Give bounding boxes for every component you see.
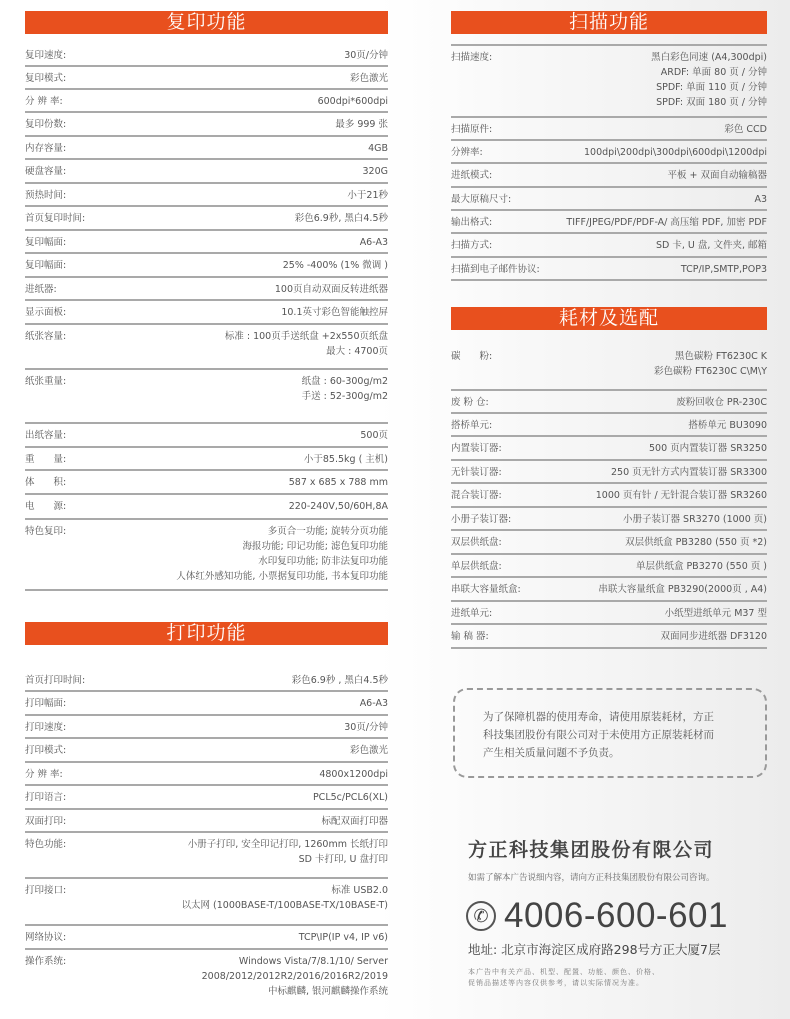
spec-value-line: 平板 + 双面自动输稿器 bbox=[668, 168, 768, 183]
spec-value: 彩色 CCD bbox=[724, 122, 767, 137]
spec-value-line: 多页合一功能; 旋转分页功能 bbox=[176, 524, 388, 539]
spec-value-line: 320G bbox=[363, 164, 389, 179]
spec-value: 黑色碳粉 FT6230C K彩色碳粉 FT6230C C\M\Y bbox=[654, 349, 767, 379]
spec-row: 分 辨 率:4800x1200dpi bbox=[25, 763, 388, 786]
spec-value-line: 100dpi\200dpi\300dpi\600dpi\1200dpi bbox=[584, 145, 767, 160]
spec-row: 纸张重量:纸盘 : 60-300g/m2手送 : 52-300g/m2 bbox=[25, 370, 388, 424]
spec-value: 单层供纸盒 PB3270 (550 页 ) bbox=[636, 559, 767, 574]
spec-row: 扫描到电子邮件协议:TCP/IP,SMTP,POP3 bbox=[451, 258, 767, 281]
spec-value: 平板 + 双面自动输稿器 bbox=[668, 168, 768, 183]
spec-value: SD 卡, U 盘, 文件夹, 邮箱 bbox=[656, 238, 767, 253]
spec-value-line: 30页/分钟 bbox=[344, 48, 388, 63]
hotline: ✆ 4006-600-601 bbox=[466, 896, 728, 936]
spec-value: 搭桥单元 BU3090 bbox=[688, 418, 767, 433]
spec-row: 首页打印时间:彩色6.9秒 , 黑白4.5秒 bbox=[25, 669, 388, 692]
spec-value-line: 1000 页有针 / 无针混合装订器 SR3260 bbox=[596, 488, 767, 503]
spec-value: 小于85.5kg ( 主机) bbox=[304, 452, 388, 467]
spec-row: 废 粉 仓:废粉回收仓 PR-230C bbox=[451, 391, 767, 414]
spec-label: 特色复印: bbox=[25, 524, 66, 539]
spec-value: 587 x 685 x 788 mm bbox=[289, 475, 388, 490]
spec-label: 搭桥单元: bbox=[451, 418, 492, 433]
spec-label: 首页复印时间: bbox=[25, 211, 85, 226]
spec-value-line: SD 卡, U 盘, 文件夹, 邮箱 bbox=[656, 238, 767, 253]
company-subtitle: 如需了解本广告说细内容，请向方正科技集团股份有限公司咨询。 bbox=[468, 871, 715, 883]
spec-row: 复印幅面:A6-A3 bbox=[25, 231, 388, 254]
spec-value-line: 10.1英寸彩色智能触控屏 bbox=[281, 305, 388, 320]
spec-label: 显示面板: bbox=[25, 305, 66, 320]
print-spec-list: 首页打印时间:彩色6.9秒 , 黑白4.5秒打印幅面:A6-A3打印速度:30页… bbox=[25, 669, 388, 1000]
spec-value-line: PCL5c/PCL6(XL) bbox=[313, 790, 388, 805]
spec-value-line: TIFF/JPEG/PDF/PDF-A/ 高压缩 PDF, 加密 PDF bbox=[566, 215, 767, 230]
spec-row: 出纸容量:500页 bbox=[25, 424, 388, 448]
spec-value-line: SPDF: 双面 180 页 / 分钟 bbox=[651, 95, 767, 110]
consumables-section: 耗材及选配 碳 粉:黑色碳粉 FT6230C K彩色碳粉 FT6230C C\M… bbox=[451, 307, 767, 649]
spec-row: 硬盘容量:320G bbox=[25, 160, 388, 184]
spec-label: 输 稿 器: bbox=[451, 629, 489, 644]
notice-line: 科技集团股份有限公司对于未使用方正原装耗材而 bbox=[483, 726, 745, 744]
spec-value: 220-240V,50/60H,8A bbox=[289, 499, 388, 514]
spec-label: 体 积: bbox=[25, 475, 66, 490]
spec-label: 分辨率: bbox=[451, 145, 483, 160]
spec-label: 混合装订器: bbox=[451, 488, 502, 503]
scan-section: 扫描功能 扫描速度:黑白彩色同速 (A4,300dpi)ARDF: 单面 80 … bbox=[451, 11, 767, 281]
spec-label: 网络协议: bbox=[25, 930, 66, 945]
spec-label: 打印幅面: bbox=[25, 696, 66, 711]
spec-value-line: 搭桥单元 BU3090 bbox=[688, 418, 767, 433]
spec-label: 打印模式: bbox=[25, 743, 66, 758]
spec-label: 扫描方式: bbox=[451, 238, 492, 253]
scan-spec-list: 扫描速度:黑白彩色同速 (A4,300dpi)ARDF: 单面 80 页 / 分… bbox=[451, 44, 767, 281]
spec-label: 重 量: bbox=[25, 452, 66, 467]
spec-value: 4800x1200dpi bbox=[319, 767, 388, 782]
spec-label: 操作系统: bbox=[25, 954, 66, 969]
phone-icon: ✆ bbox=[466, 901, 496, 931]
spec-row: 进纸模式:平板 + 双面自动输稿器 bbox=[451, 164, 767, 188]
spec-value: 250 页无针方式内置装订器 SR3300 bbox=[611, 465, 767, 480]
spec-row: 特色复印:多页合一功能; 旋转分页功能海报功能; 印记功能; 滤色复印功能水印复… bbox=[25, 520, 388, 591]
spec-label: 碳 粉: bbox=[451, 349, 492, 364]
spec-value-line: A3 bbox=[754, 192, 767, 207]
spec-value: 小册子打印, 安全印记打印, 1260mm 长纸打印SD 卡打印, U 盘打印 bbox=[188, 837, 388, 867]
consumables-spec-list: 碳 粉:黑色碳粉 FT6230C K彩色碳粉 FT6230C C\M\Y废 粉 … bbox=[451, 345, 767, 649]
spec-row: 打印幅面:A6-A3 bbox=[25, 692, 388, 716]
spec-label: 串联大容量纸盒: bbox=[451, 582, 521, 597]
spec-row: 复印模式:彩色激光 bbox=[25, 67, 388, 90]
spec-value: 1000 页有针 / 无针混合装订器 SR3260 bbox=[596, 488, 767, 503]
spec-row: 扫描原件:彩色 CCD bbox=[451, 118, 767, 141]
spec-value: Windows Vista/7/8.1/10/ Server2008/2012/… bbox=[202, 954, 388, 999]
spec-value-line: 以太网 (1000BASE-T/100BASE-TX/10BASE-T) bbox=[182, 898, 388, 913]
spec-value-line: 人体红外感知功能, 小票据复印功能, 书本复印功能 bbox=[176, 569, 388, 584]
spec-value-line: 标配双面打印器 bbox=[321, 814, 388, 829]
spec-label: 双面打印: bbox=[25, 814, 66, 829]
spec-value: 彩色激光 bbox=[350, 743, 388, 758]
spec-row: 内存容量:4GB bbox=[25, 137, 388, 160]
spec-value: 纸盘 : 60-300g/m2手送 : 52-300g/m2 bbox=[302, 374, 388, 404]
phone-number: 4006-600-601 bbox=[504, 896, 728, 936]
disclaimer-line: 促销品描述等内容仅供参考，请以实际情况为准。 bbox=[468, 978, 660, 989]
notice-line: 为了保障机器的使用寿命，请使用原装耗材，方正 bbox=[483, 708, 745, 726]
spec-value-line: 彩色6.9秒 , 黑白4.5秒 bbox=[292, 673, 388, 688]
spec-row: 操作系统:Windows Vista/7/8.1/10/ Server2008/… bbox=[25, 950, 388, 1000]
spec-value-line: TCP\IP(IP v4, IP v6) bbox=[299, 930, 388, 945]
notice-line: 产生相关质量问题不予负责。 bbox=[483, 744, 745, 762]
spec-label: 扫描原件: bbox=[451, 122, 492, 137]
spec-value-line: 彩色6.9秒, 黑白4.5秒 bbox=[295, 211, 388, 226]
print-section: 打印功能 首页打印时间:彩色6.9秒 , 黑白4.5秒打印幅面:A6-A3打印速… bbox=[25, 622, 388, 1000]
spec-label: 扫描速度: bbox=[451, 50, 492, 65]
spec-value: 多页合一功能; 旋转分页功能海报功能; 印记功能; 滤色复印功能水印复印功能; … bbox=[176, 524, 388, 584]
spec-value: 4GB bbox=[368, 141, 388, 156]
spec-label: 复印份数: bbox=[25, 117, 66, 132]
spec-value-line: 彩色 CCD bbox=[724, 122, 767, 137]
spec-value: 10.1英寸彩色智能触控屏 bbox=[281, 305, 388, 320]
spec-row: 扫描速度:黑白彩色同速 (A4,300dpi)ARDF: 单面 80 页 / 分… bbox=[451, 46, 767, 118]
spec-row: 分辨率:100dpi\200dpi\300dpi\600dpi\1200dpi bbox=[451, 141, 767, 164]
spec-row: 进纸器:100页自动双面反转进纸器 bbox=[25, 278, 388, 301]
spec-value: A6-A3 bbox=[360, 235, 388, 250]
spec-row: 复印份数:最多 999 张 bbox=[25, 113, 388, 137]
spec-row: 串联大容量纸盒:串联大容量纸盒 PB3290(2000页 , A4) bbox=[451, 578, 767, 602]
spec-label: 复印速度: bbox=[25, 48, 66, 63]
spec-value: 废粉回收仓 PR-230C bbox=[676, 395, 767, 410]
disclaimer-line: 本广告中有关产品、机型、配置、功能、颜色、价格、 bbox=[468, 967, 660, 978]
spec-value-line: Windows Vista/7/8.1/10/ Server bbox=[202, 954, 388, 969]
spec-row: 输出格式:TIFF/JPEG/PDF/PDF-A/ 高压缩 PDF, 加密 PD… bbox=[451, 211, 767, 234]
spec-row: 电 源:220-240V,50/60H,8A bbox=[25, 495, 388, 520]
spec-value: 双层供纸盒 PB3280 (550 页 *2) bbox=[625, 535, 767, 550]
spec-row: 重 量:小于85.5kg ( 主机) bbox=[25, 448, 388, 471]
spec-value-line: 最多 999 张 bbox=[335, 117, 388, 132]
spec-value: 500页 bbox=[360, 428, 388, 443]
spec-value: A6-A3 bbox=[360, 696, 388, 711]
spec-row: 混合装订器:1000 页有针 / 无针混合装订器 SR3260 bbox=[451, 484, 767, 508]
spec-value: 600dpi*600dpi bbox=[318, 94, 388, 109]
spec-value-line: 2008/2012/2012R2/2016/2016R2/2019 bbox=[202, 969, 388, 984]
spec-value-line: 500页 bbox=[360, 428, 388, 443]
spec-label: 预热时间: bbox=[25, 188, 66, 203]
spec-value-line: A6-A3 bbox=[360, 696, 388, 711]
spec-row: 打印语言:PCL5c/PCL6(XL) bbox=[25, 786, 388, 810]
spec-label: 打印语言: bbox=[25, 790, 66, 805]
spec-row: 特色功能:小册子打印, 安全印记打印, 1260mm 长纸打印SD 卡打印, U… bbox=[25, 833, 388, 879]
spec-label: 打印接口: bbox=[25, 883, 66, 898]
spec-row: 双面打印:标配双面打印器 bbox=[25, 810, 388, 833]
spec-value-line: 双层供纸盒 PB3280 (550 页 *2) bbox=[625, 535, 767, 550]
spec-label: 进纸单元: bbox=[451, 606, 492, 621]
spec-label: 复印模式: bbox=[25, 71, 66, 86]
spec-row: 预热时间:小于21秒 bbox=[25, 184, 388, 207]
spec-label: 进纸器: bbox=[25, 282, 57, 297]
spec-row: 小册子装订器:小册子装订器 SR3270 (1000 页) bbox=[451, 508, 767, 531]
spec-value: 100dpi\200dpi\300dpi\600dpi\1200dpi bbox=[584, 145, 767, 160]
spec-value: 30页/分钟 bbox=[344, 48, 388, 63]
spec-label: 输出格式: bbox=[451, 215, 492, 230]
spec-row: 单层供纸盘:单层供纸盒 PB3270 (550 页 ) bbox=[451, 555, 767, 578]
spec-value: 标配双面打印器 bbox=[321, 814, 388, 829]
spec-value-line: 600dpi*600dpi bbox=[318, 94, 388, 109]
spec-value-line: 海报功能; 印记功能; 滤色复印功能 bbox=[176, 539, 388, 554]
spec-value-line: 30页/分钟 bbox=[344, 720, 388, 735]
spec-label: 分 辨 率: bbox=[25, 767, 63, 782]
spec-value-line: 小纸型进纸单元 M37 型 bbox=[665, 606, 767, 621]
spec-value: 最多 999 张 bbox=[335, 117, 388, 132]
spec-value-line: 小于85.5kg ( 主机) bbox=[304, 452, 388, 467]
spec-row: 输 稿 器:双面同步进纸器 DF3120 bbox=[451, 625, 767, 649]
spec-value-line: 小册子打印, 安全印记打印, 1260mm 长纸打印 bbox=[188, 837, 388, 852]
spec-row: 搭桥单元:搭桥单元 BU3090 bbox=[451, 414, 767, 437]
spec-value: 彩色激光 bbox=[350, 71, 388, 86]
spec-value-line: 黑色碳粉 FT6230C K bbox=[654, 349, 767, 364]
spec-value-line: 手送 : 52-300g/m2 bbox=[302, 389, 388, 404]
spec-value-line: 双面同步进纸器 DF3120 bbox=[661, 629, 767, 644]
spec-row: 进纸单元:小纸型进纸单元 M37 型 bbox=[451, 602, 767, 625]
spec-value-line: 220-240V,50/60H,8A bbox=[289, 499, 388, 514]
spec-label: 最大原稿尺寸: bbox=[451, 192, 511, 207]
spec-value: 25% -400% (1% 微调 ) bbox=[283, 258, 388, 273]
spec-row: 打印接口:标准 USB2.0以太网 (1000BASE-T/100BASE-TX… bbox=[25, 879, 388, 926]
spec-value-line: 黑白彩色同速 (A4,300dpi) bbox=[651, 50, 767, 65]
spec-value: 小于21秒 bbox=[347, 188, 388, 203]
consumables-section-title: 耗材及选配 bbox=[451, 307, 767, 330]
spec-row: 扫描方式:SD 卡, U 盘, 文件夹, 邮箱 bbox=[451, 234, 767, 258]
print-section-title: 打印功能 bbox=[25, 622, 388, 645]
spec-row: 无针装订器:250 页无针方式内置装订器 SR3300 bbox=[451, 461, 767, 484]
spec-value: 彩色6.9秒 , 黑白4.5秒 bbox=[292, 673, 388, 688]
spec-value-line: 彩色碳粉 FT6230C C\M\Y bbox=[654, 364, 767, 379]
spec-value: 串联大容量纸盒 PB3290(2000页 , A4) bbox=[598, 582, 767, 597]
spec-value-line: 250 页无针方式内置装订器 SR3300 bbox=[611, 465, 767, 480]
disclaimer: 本广告中有关产品、机型、配置、功能、颜色、价格、 促销品描述等内容仅供参考，请以… bbox=[468, 967, 660, 989]
spec-value: 500 页内置装订器 SR3250 bbox=[649, 441, 767, 456]
spec-row: 复印速度:30页/分钟 bbox=[25, 44, 388, 67]
spec-value-line: TCP/IP,SMTP,POP3 bbox=[681, 262, 767, 277]
spec-value: 标准 : 100页手送纸盘 +2x550页纸盘最大 : 4700页 bbox=[225, 329, 388, 359]
spec-label: 硬盘容量: bbox=[25, 164, 66, 179]
address: 地址: 北京市海淀区成府路298号方正大厦7层 bbox=[468, 940, 721, 958]
spec-value: TCP/IP,SMTP,POP3 bbox=[681, 262, 767, 277]
spec-value: 黑白彩色同速 (A4,300dpi)ARDF: 单面 80 页 / 分钟SPDF… bbox=[651, 50, 767, 110]
spec-value: A3 bbox=[754, 192, 767, 207]
spec-label: 小册子装订器: bbox=[451, 512, 511, 527]
spec-value: 320G bbox=[363, 164, 389, 179]
spec-label: 纸张重量: bbox=[25, 374, 66, 389]
spec-row: 显示面板:10.1英寸彩色智能触控屏 bbox=[25, 301, 388, 325]
spec-row: 碳 粉:黑色碳粉 FT6230C K彩色碳粉 FT6230C C\M\Y bbox=[451, 345, 767, 391]
spec-label: 出纸容量: bbox=[25, 428, 66, 443]
scan-section-title: 扫描功能 bbox=[451, 11, 767, 34]
spec-label: 进纸模式: bbox=[451, 168, 492, 183]
spec-value: 标准 USB2.0以太网 (1000BASE-T/100BASE-TX/10BA… bbox=[182, 883, 388, 913]
copy-spec-list: 复印速度:30页/分钟复印模式:彩色激光分 辨 率:600dpi*600dpi复… bbox=[25, 44, 388, 591]
spec-label: 分 辨 率: bbox=[25, 94, 63, 109]
spec-value: 彩色6.9秒, 黑白4.5秒 bbox=[295, 211, 388, 226]
spec-value-line: 最大 : 4700页 bbox=[225, 344, 388, 359]
spec-value-line: 4GB bbox=[368, 141, 388, 156]
spec-label: 首页打印时间: bbox=[25, 673, 85, 688]
spec-label: 废 粉 仓: bbox=[451, 395, 489, 410]
spec-value-line: 100页自动双面反转进纸器 bbox=[275, 282, 388, 297]
spec-row: 打印速度:30页/分钟 bbox=[25, 716, 388, 739]
spec-value: 小册子装订器 SR3270 (1000 页) bbox=[623, 512, 767, 527]
spec-label: 复印幅面: bbox=[25, 235, 66, 250]
original-consumables-notice: 为了保障机器的使用寿命，请使用原装耗材，方正 科技集团股份有限公司对于未使用方正… bbox=[453, 688, 767, 778]
spec-label: 双层供纸盘: bbox=[451, 535, 502, 550]
spec-value-line: 500 页内置装订器 SR3250 bbox=[649, 441, 767, 456]
spec-row: 体 积:587 x 685 x 788 mm bbox=[25, 471, 388, 495]
spec-value-line: 废粉回收仓 PR-230C bbox=[676, 395, 767, 410]
spec-label: 扫描到电子邮件协议: bbox=[451, 262, 540, 277]
spec-label: 电 源: bbox=[25, 499, 66, 514]
spec-value-line: SPDF: 单面 110 页 / 分钟 bbox=[651, 80, 767, 95]
spec-row: 双层供纸盘:双层供纸盒 PB3280 (550 页 *2) bbox=[451, 531, 767, 555]
spec-label: 复印幅面: bbox=[25, 258, 66, 273]
spec-label: 内置装订器: bbox=[451, 441, 502, 456]
spec-value-line: SD 卡打印, U 盘打印 bbox=[188, 852, 388, 867]
spec-value: PCL5c/PCL6(XL) bbox=[313, 790, 388, 805]
spec-value: TCP\IP(IP v4, IP v6) bbox=[299, 930, 388, 945]
spec-row: 分 辨 率:600dpi*600dpi bbox=[25, 90, 388, 113]
spec-value-line: 小册子装订器 SR3270 (1000 页) bbox=[623, 512, 767, 527]
spec-value-line: 25% -400% (1% 微调 ) bbox=[283, 258, 388, 273]
spec-value-line: 小于21秒 bbox=[347, 188, 388, 203]
spec-row: 打印模式:彩色激光 bbox=[25, 739, 388, 763]
spec-row: 复印幅面:25% -400% (1% 微调 ) bbox=[25, 254, 388, 278]
spec-value-line: 4800x1200dpi bbox=[319, 767, 388, 782]
copy-section-title: 复印功能 bbox=[25, 11, 388, 34]
company-name: 方正科技集团股份有限公司 bbox=[468, 835, 714, 862]
spec-value-line: 标准 USB2.0 bbox=[182, 883, 388, 898]
spec-label: 单层供纸盘: bbox=[451, 559, 502, 574]
spec-value-line: ARDF: 单面 80 页 / 分钟 bbox=[651, 65, 767, 80]
spec-label: 纸张容量: bbox=[25, 329, 66, 344]
spec-value: 30页/分钟 bbox=[344, 720, 388, 735]
spec-row: 最大原稿尺寸:A3 bbox=[451, 188, 767, 211]
spec-value-line: 水印复印功能; 防非法复印功能 bbox=[176, 554, 388, 569]
spec-value-line: A6-A3 bbox=[360, 235, 388, 250]
spec-value-line: 彩色激光 bbox=[350, 71, 388, 86]
spec-label: 打印速度: bbox=[25, 720, 66, 735]
spec-value-line: 串联大容量纸盒 PB3290(2000页 , A4) bbox=[598, 582, 767, 597]
spec-label: 内存容量: bbox=[25, 141, 66, 156]
spec-value-line: 587 x 685 x 788 mm bbox=[289, 475, 388, 490]
spec-label: 特色功能: bbox=[25, 837, 66, 852]
copy-section: 复印功能 复印速度:30页/分钟复印模式:彩色激光分 辨 率:600dpi*60… bbox=[25, 11, 388, 591]
spec-value-line: 彩色激光 bbox=[350, 743, 388, 758]
spec-label: 无针装订器: bbox=[451, 465, 502, 480]
spec-value: 双面同步进纸器 DF3120 bbox=[661, 629, 767, 644]
spec-row: 纸张容量:标准 : 100页手送纸盘 +2x550页纸盘最大 : 4700页 bbox=[25, 325, 388, 370]
spec-row: 首页复印时间:彩色6.9秒, 黑白4.5秒 bbox=[25, 207, 388, 231]
spec-value-line: 纸盘 : 60-300g/m2 bbox=[302, 374, 388, 389]
spec-row: 内置装订器:500 页内置装订器 SR3250 bbox=[451, 437, 767, 461]
spec-value: 100页自动双面反转进纸器 bbox=[275, 282, 388, 297]
spec-value-line: 中标麒麟, 银河麒麟操作系统 bbox=[202, 984, 388, 999]
spec-value-line: 单层供纸盒 PB3270 (550 页 ) bbox=[636, 559, 767, 574]
spec-row: 网络协议:TCP\IP(IP v4, IP v6) bbox=[25, 926, 388, 950]
spec-value: TIFF/JPEG/PDF/PDF-A/ 高压缩 PDF, 加密 PDF bbox=[566, 215, 767, 230]
spec-value-line: 标准 : 100页手送纸盘 +2x550页纸盘 bbox=[225, 329, 388, 344]
spec-value: 小纸型进纸单元 M37 型 bbox=[665, 606, 767, 621]
